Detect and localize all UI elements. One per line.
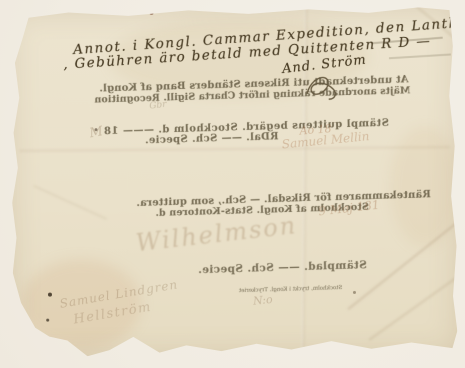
ink-speck (353, 291, 356, 294)
bleedthrough-imprint: Stockholm, tryckt i Kongl. Tryckeriet (239, 285, 343, 294)
ghost-script-line: Samuel Lindgren (59, 277, 179, 311)
paper-crease (368, 258, 465, 341)
ghost-script-fragment: M (88, 124, 104, 141)
paper-crease (33, 185, 107, 220)
document-paper: Annot. i Kongl. Cammar Expedition, den L… (8, 6, 459, 358)
ghost-script-fragment: Samuel Mellin (281, 129, 370, 151)
ghost-script-line: Hellström (72, 300, 153, 328)
ink-speck (150, 12, 154, 15)
ink-underline (389, 53, 451, 58)
paper-crease (20, 146, 450, 152)
bleedthrough-print-line: Stämplad. —— Sch. Specie. (198, 259, 367, 276)
ink-speck (95, 128, 98, 131)
paper-stain (390, 126, 461, 247)
ghost-script-fragment: N:o (252, 293, 273, 308)
paper-stain (21, 259, 142, 350)
ink-speck (48, 293, 52, 297)
scan-background: Annot. i Kongl. Cammar Expedition, den L… (0, 0, 465, 368)
ink-speck (46, 319, 49, 322)
